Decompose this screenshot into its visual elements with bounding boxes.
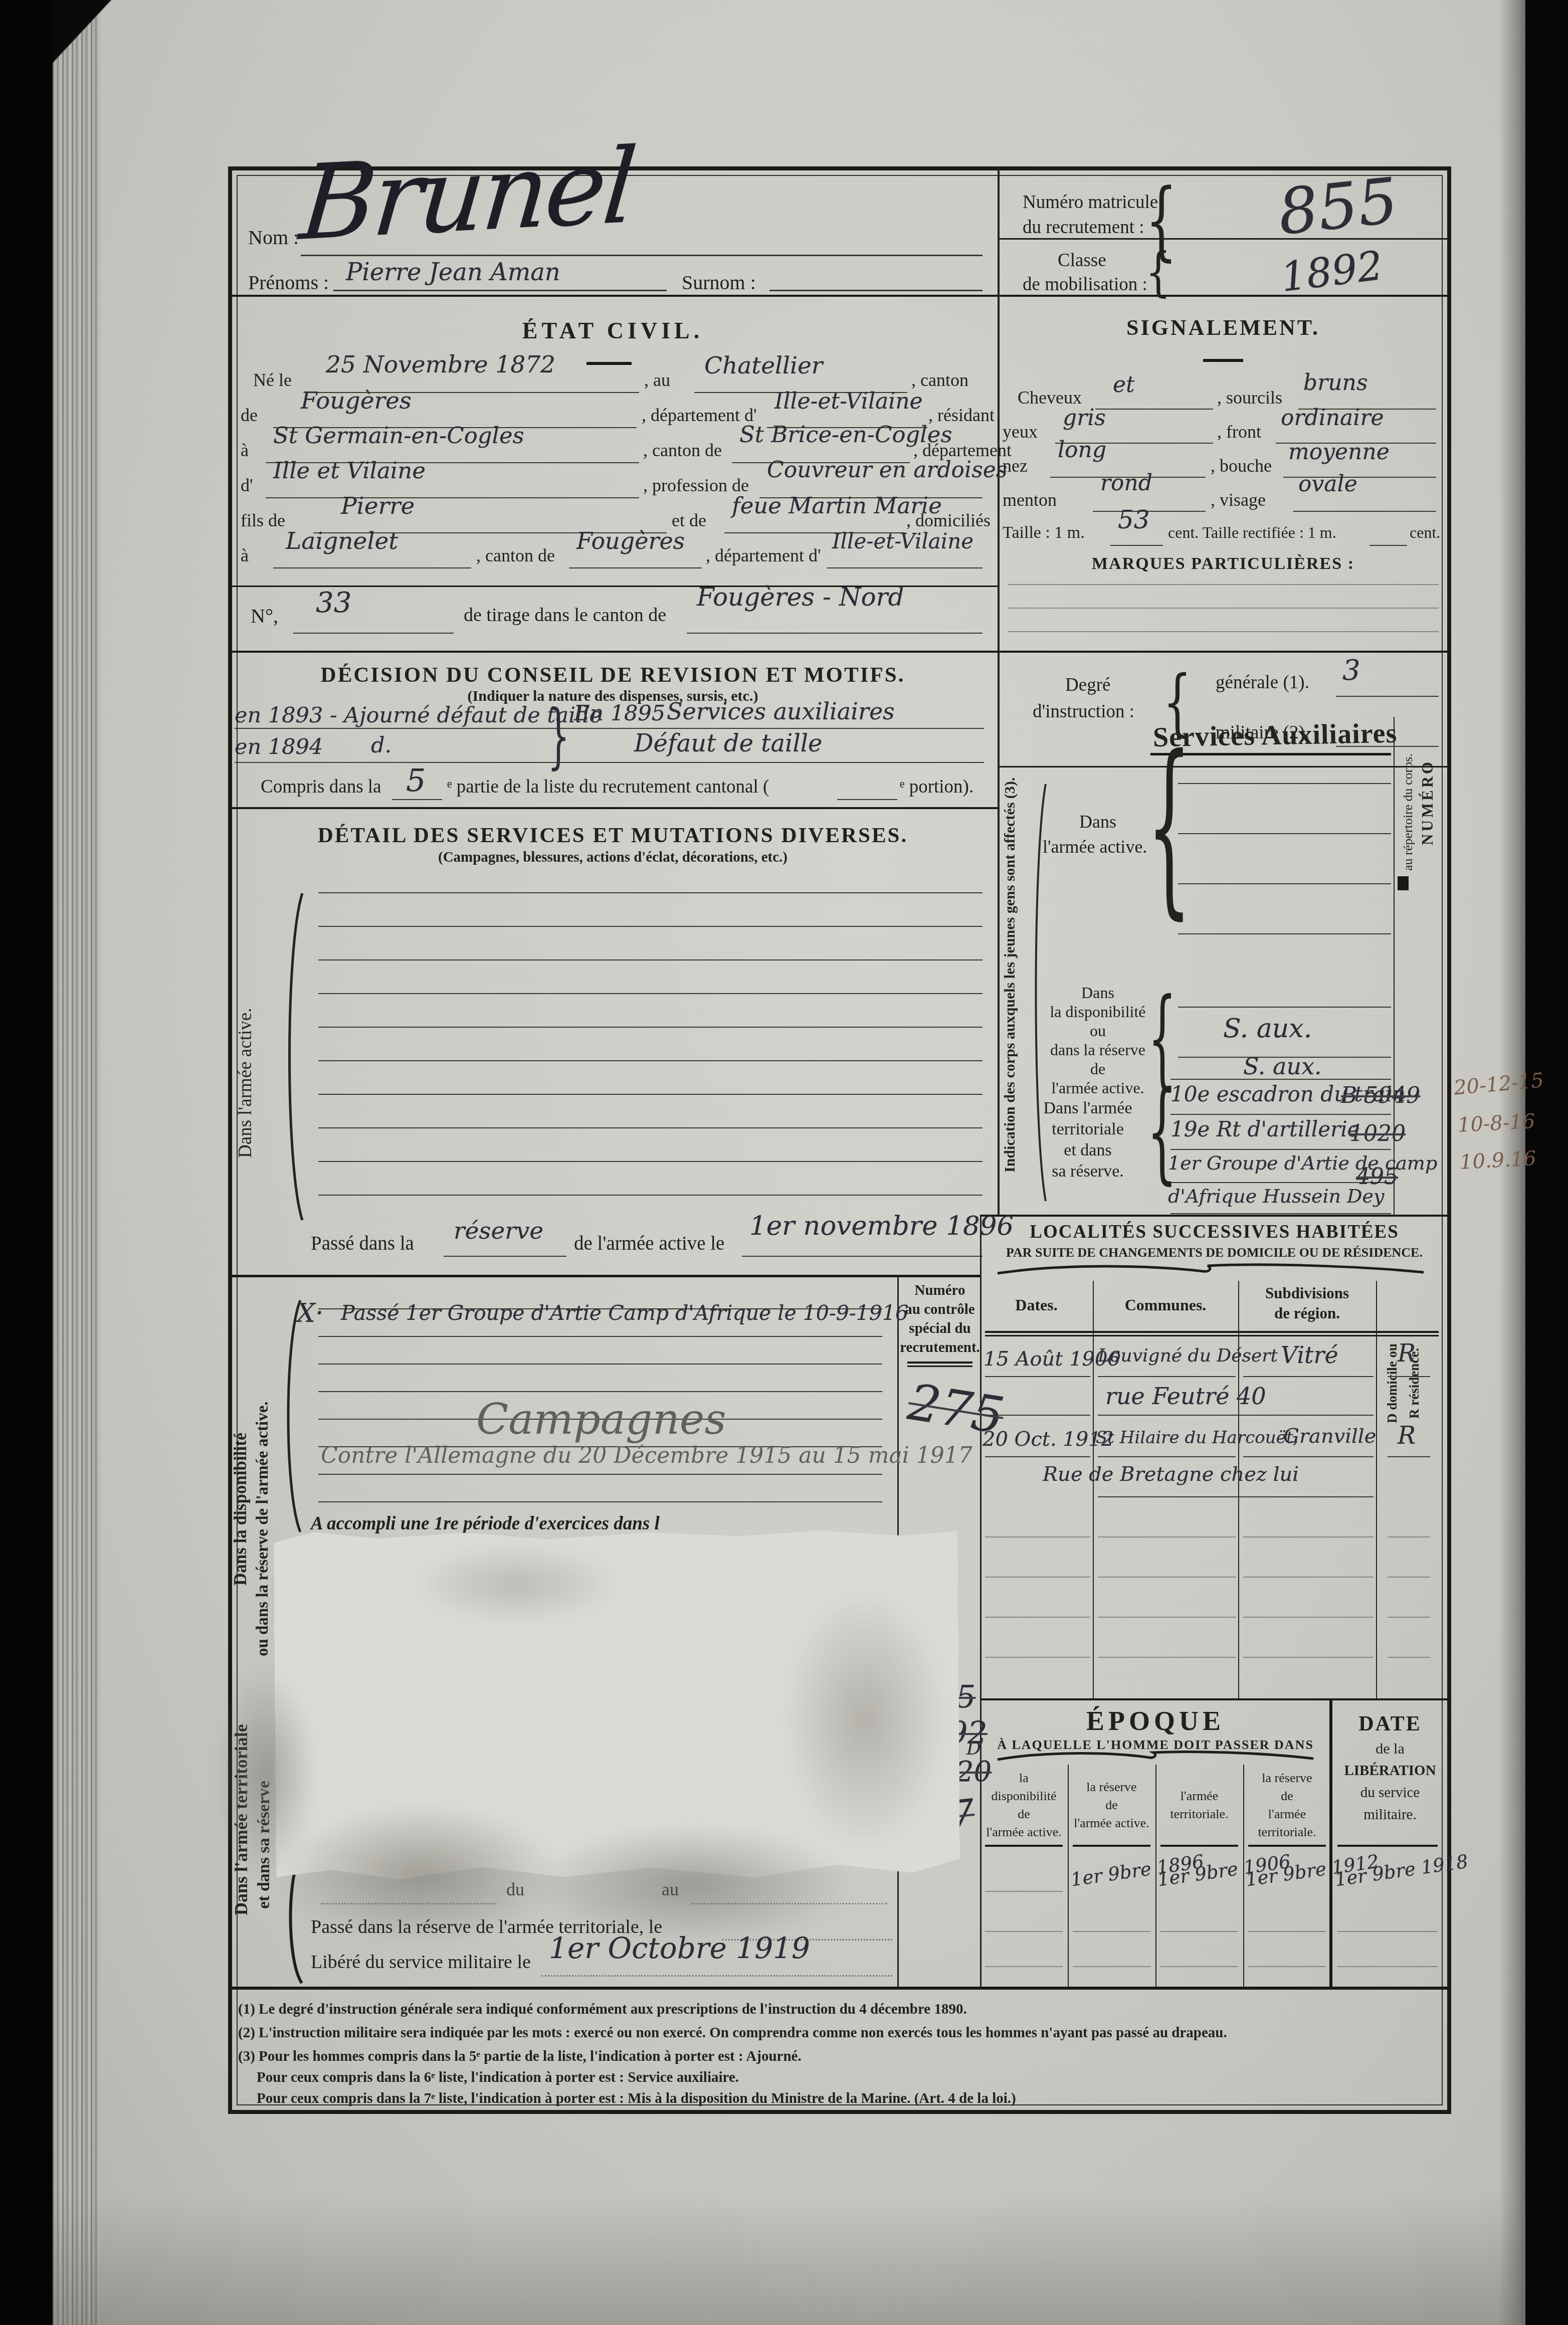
loc-row1-commune: Louvigné du Désert (1098, 1345, 1278, 1366)
du-label: du (506, 1879, 524, 1900)
controle-header-3: spécial du (900, 1320, 980, 1337)
decision-title: DÉCISION DU CONSEIL DE REVISION ET MOTIF… (228, 663, 998, 687)
loc-row1-subdivision: Vitré (1281, 1341, 1338, 1369)
note-3: (3) Pour les hommes compris dans la 5ᵉ p… (238, 2048, 802, 2065)
prenoms-label: Prénoms : (248, 271, 329, 294)
taille-label-2: cent. Taille rectifiée : 1 m. (1168, 523, 1336, 542)
matricule-label-1: Numéro matricule (1023, 191, 1158, 213)
date-title-3: LIBÉRATION (1332, 1763, 1448, 1779)
taille-label-1: Taille : 1 m. (1003, 523, 1085, 542)
epo-col4-l4: territoriale. (1243, 1825, 1331, 1840)
compris-label-2: ᵉ partie de la liste du recrutement cant… (447, 776, 769, 798)
loc-row2-date: 20 Oct. 1912 (983, 1428, 1114, 1451)
dispo-label-1: Dans (1048, 984, 1148, 1002)
profession: Couvreur en ardoises (767, 457, 1007, 483)
ne-le-label: Né le (253, 369, 292, 391)
cheveux-value: et (1113, 372, 1135, 398)
dept-naissance: Ille-et-Vilaine (774, 389, 923, 414)
epo-col3-l2: territoriale. (1155, 1807, 1243, 1822)
divider (980, 1216, 982, 1988)
territoriale-label-4: sa réserve. (1018, 1162, 1158, 1181)
epo-col2-l1: la réserve (1068, 1780, 1155, 1795)
dispo-side-label-1: Dans la disponibilité (231, 1353, 251, 1664)
dept-domicile: Ille-et-Vilaine (832, 529, 973, 553)
bouche-value: moyenne (1288, 439, 1390, 465)
a-label-2: à (241, 545, 249, 566)
rule (333, 290, 667, 291)
loc-row1-dr: R (1398, 1339, 1416, 1368)
decision-ligne1a: en 1893 - Ajourné défaut de taille (235, 703, 602, 728)
date-title-2: de la (1332, 1740, 1448, 1758)
flourish (995, 1263, 1426, 1277)
loc-row2-subdivision: Granville (1283, 1425, 1376, 1448)
canton-label: , canton (911, 369, 968, 391)
decision-ligne2b: d. (371, 733, 391, 758)
loc-row2-dr: R (1398, 1422, 1416, 1450)
menton-value: rond (1100, 470, 1152, 496)
epo-col4-l1: la réserve (1243, 1771, 1331, 1786)
col-dates: Dates. (980, 1296, 1093, 1314)
book-corner-shadow (53, 0, 148, 80)
domicile: Laignelet (286, 527, 398, 555)
residence: St Germain-en-Cogles (273, 422, 524, 449)
loc-row2-commune: St Hilaire du Harcouët, (1096, 1428, 1298, 1448)
marge-date-4: 10.9.16 (1459, 1147, 1537, 1174)
sourcils-value: bruns (1303, 370, 1367, 396)
brace (1145, 247, 1171, 299)
decision-ligne1b: En 1895 (574, 701, 665, 726)
passe-reserve-value-2: 1er novembre 1896 (749, 1211, 1014, 1241)
periode-label: A accompli une 1re période d'exercices d… (311, 1513, 660, 1534)
generale-label: générale (1). (1216, 672, 1309, 693)
a-label: à (241, 440, 249, 461)
surnom-label: Surnom : (682, 271, 756, 294)
visage-value: ovale (1298, 471, 1357, 497)
campagnes-titre: Campagnes (476, 1395, 726, 1444)
note-3c: Pour ceux compris dans la 7ᵉ liste, l'in… (257, 2090, 1016, 2107)
territoriale-entree-3: 19e Rt d'artillerie (1170, 1117, 1359, 1141)
passe-reserve-label-1: Passé dans la (311, 1232, 414, 1255)
col-dr-1: D domicile ou (1385, 1283, 1400, 1484)
armee-active-label-2: l'armée active. (1043, 836, 1147, 857)
nez-label: nez (1003, 455, 1028, 476)
entree-marque: X· (297, 1298, 324, 1328)
matricule-label-2: du recrutement : (1023, 217, 1144, 238)
degre-label-1: Degré (1065, 674, 1110, 696)
front-value: ordinaire (1281, 405, 1384, 431)
date-title-1: DATE (1332, 1712, 1448, 1736)
loc-row1-commune-suite: rue Feutré 40 (1105, 1383, 1266, 1410)
passe-reserve-value-1: réserve (454, 1217, 543, 1245)
col-communes: Communes. (1093, 1296, 1238, 1314)
detail-title: DÉTAIL DES SERVICES ET MUTATIONS DIVERSE… (228, 823, 998, 848)
canton-de-label-2: , canton de (476, 545, 555, 566)
nom-label: Nom : (248, 226, 299, 249)
rule (980, 1698, 1449, 1700)
rule (228, 1275, 980, 1277)
tirage-texte: de tirage dans le canton de (464, 604, 666, 626)
detail-side-label: Dans l'armée active. (235, 973, 256, 1193)
section-arc (283, 1298, 303, 1534)
dept-residence: Ille et Vilaine (273, 457, 426, 484)
controle-header-2: au contrôle (900, 1301, 980, 1318)
repertoire-numero-3: 1020 (1349, 1121, 1406, 1146)
prenoms-value: Pierre Jean Aman (346, 258, 560, 286)
yeux-label: yeux (1003, 421, 1038, 442)
marge-date-3: 10-8-16 (1457, 1110, 1535, 1137)
epo-col2-l3: l'armée active. (1068, 1816, 1155, 1831)
signalement-title: SIGNALEMENT. (998, 315, 1449, 340)
rule (228, 295, 1451, 297)
epo-col1-l4: l'armée active. (980, 1825, 1068, 1840)
title-dash (586, 362, 632, 365)
rule (769, 290, 983, 291)
taille-value: 53 (1118, 505, 1150, 534)
degre-label-2: d'instruction : (1033, 701, 1134, 722)
fils-de-label: fils de (241, 510, 285, 531)
classe-label-2: de mobilisation : (1023, 274, 1147, 295)
compris-label-1: Compris dans la (261, 776, 381, 798)
note-2: (2) L'instruction militaire sera indiqué… (238, 2025, 1227, 2041)
rule (228, 1987, 1449, 1990)
armee-active-label-1: Dans (1053, 811, 1143, 832)
date-title-5: militaire. (1332, 1807, 1448, 1823)
front-label: , front (1217, 421, 1261, 442)
dispo-label-3: ou (1048, 1022, 1148, 1040)
scanned-register-photo: Brunel Nom : Prénoms : Pierre Jean Aman … (0, 0, 1568, 2325)
rule (301, 255, 983, 256)
menton-label: menton (1003, 489, 1057, 510)
marques-label: MARQUES PARTICULIÈRES : (998, 554, 1449, 573)
stain (782, 1589, 947, 1850)
title-dash (1203, 359, 1243, 362)
au-label: au (662, 1879, 679, 1900)
bouche-label: , bouche (1211, 455, 1272, 476)
visage-label: , visage (1211, 489, 1266, 510)
nom-value-large: Brunel (296, 126, 639, 264)
controle-header-1: Numéro (900, 1282, 980, 1299)
canton-naissance: Fougères (301, 387, 412, 415)
decision-ligne2a: en 1894 (235, 734, 323, 759)
localites-title-1: LOCALITÉS SUCCESSIVES HABITÉES (980, 1221, 1449, 1243)
territoriale-label-1: Dans l'armée (1018, 1099, 1158, 1118)
canton-domicile: Fougères (576, 527, 685, 554)
epo-col1-l2: disponibilité (980, 1789, 1068, 1804)
rule (228, 807, 998, 809)
stain (411, 1544, 622, 1624)
compris-valeur: 5 (406, 762, 426, 799)
territoriale-label-3: et dans (1018, 1141, 1158, 1160)
detail-subtitle: (Campagnes, blessures, actions d'éclat, … (228, 849, 998, 866)
epo-col1-l1: la (980, 1771, 1068, 1786)
nez-value: long (1058, 437, 1106, 463)
passe-reserve-label-2: de l'armée active le (574, 1232, 724, 1255)
campagnes-detail: Contre l'Allemagne du 20 Décembre 1915 a… (321, 1443, 972, 1468)
naissance-date: 25 Novembre 1872 (326, 351, 555, 378)
tirage-numero: 33 (316, 587, 351, 619)
pere: Pierre (341, 492, 415, 520)
brace (1147, 733, 1192, 922)
libere-label: Libéré du service militaire le (311, 1951, 531, 1973)
classe-label-1: Classe (1058, 250, 1106, 271)
decision-ligne1c: Services auxiliaires (667, 698, 895, 725)
de-label: de (241, 405, 258, 426)
epo-col4-l2: de (1243, 1789, 1331, 1804)
territoriale-entree-1: S. aux. (1243, 1053, 1322, 1080)
book-spine-edge (53, 0, 100, 2325)
taille-label-3: cent. (1410, 523, 1440, 542)
territoriale-entree-4b: d'Afrique Hussein Dey (1168, 1185, 1385, 1207)
rule (998, 766, 1449, 767)
dispo-label-5: de (1048, 1060, 1148, 1078)
date-title-4: du service (1332, 1785, 1448, 1801)
loc-row2-commune-suite: Rue de Bretagne chez lui (1043, 1463, 1299, 1486)
localites-title-2: PAR SUITE DE CHANGEMENTS DE DOMICILE OU … (980, 1245, 1449, 1260)
corps-side-label: Indication des corps auxquels les jeunes… (1002, 732, 1019, 1218)
d-label: d' (241, 475, 253, 496)
tirage-canton: Fougères - Nord (697, 583, 904, 612)
rule (228, 651, 1449, 653)
compris-label-3: ᵉ portion). (900, 776, 973, 798)
epo-col3-l1: l'armée (1155, 1789, 1243, 1804)
domicilies-label: , domiciliés (906, 510, 991, 531)
naissance-lieu: Chatellier (704, 352, 823, 379)
territoriale-label-2: territoriale (1018, 1120, 1158, 1139)
repertoire-numero-2: B 5949 (1341, 1083, 1420, 1108)
note-3b: Pour ceux compris dans la 6ᵉ liste, l'in… (257, 2069, 739, 2086)
col-subdivisions-1: Subdivisions (1238, 1284, 1376, 1302)
rule (980, 1215, 1449, 1217)
canton-de-label: , canton de (643, 440, 722, 461)
col-subdivisions-2: de région. (1238, 1304, 1376, 1322)
au-label: , au (644, 369, 670, 391)
epo-col1-l3: de (980, 1807, 1068, 1822)
libere-date: 1er Octobre 1919 (549, 1931, 810, 1965)
column-mark (1398, 876, 1409, 890)
col-dr-2: R résidence. (1407, 1283, 1422, 1484)
sourcils-label: , sourcils (1217, 387, 1282, 408)
repertoire-header-1: NUMÉRO (1419, 722, 1437, 882)
matricule-value: 855 (1275, 164, 1401, 249)
controle-header-4: recrutement. (900, 1339, 980, 1356)
etat-civil-title: ÉTAT CIVIL. (228, 317, 998, 344)
epo-col4-l3: l'armée (1243, 1807, 1331, 1822)
section-arc (283, 891, 305, 1222)
epoque-title: ÉPOQUE (980, 1705, 1331, 1736)
departement-label-3: , département d' (706, 545, 821, 566)
epo-col2-l2: de (1068, 1798, 1155, 1813)
numero-tirage-label: N°, (251, 604, 278, 628)
flourish (995, 1751, 1316, 1764)
page-bottom-shade (53, 2196, 1524, 2325)
brace (547, 701, 570, 771)
generale-value: 3 (1342, 654, 1360, 687)
yeux-value: gris (1063, 405, 1106, 431)
decision-ligne2c: Défaut de taille (634, 729, 823, 757)
note-1: (1) Le degré d'instruction générale sera… (238, 2001, 967, 2018)
dispo-entree: Passé 1er Groupe d'Artie Camp d'Afrique … (341, 1301, 908, 1325)
dispo-value: S. aux. (1223, 1014, 1312, 1044)
